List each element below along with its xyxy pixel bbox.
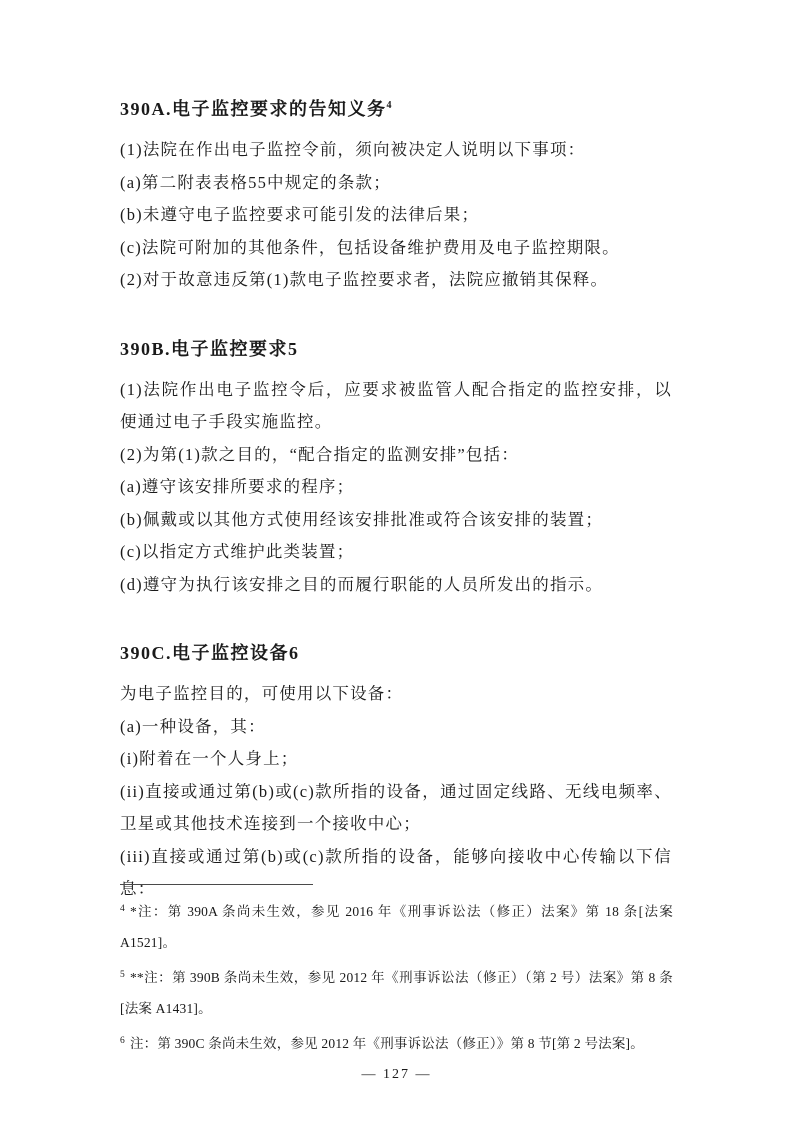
section-heading: 390C.电子监控设备6 <box>120 637 672 670</box>
statute-paragraph: (b)佩戴或以其他方式使用经该安排批准或符合该安排的装置； <box>120 504 672 537</box>
footnote-text: 注：第 390C 条尚未生效，参见 2012 年《刑事诉讼法（修正）》第 8 节… <box>130 1036 644 1051</box>
footnotes: 4*注：第 390A 条尚未生效，参见 2016 年《刑事诉讼法（修正）法案》第… <box>120 896 673 1059</box>
statute-paragraph: (i)附着在一个人身上； <box>120 743 672 776</box>
statute-paragraph: (1)法院在作出电子监控令前，须向被决定人说明以下事项： <box>120 134 672 167</box>
footnote-text: *注：第 390A 条尚未生效，参见 2016 年《刑事诉讼法（修正）法案》第 … <box>120 904 673 950</box>
statute-paragraph: (c)法院可附加的其他条件，包括设备维护费用及电子监控期限。 <box>120 232 672 265</box>
statute-paragraph: (c)以指定方式维护此类装置； <box>120 536 672 569</box>
heading-footnote-ref: 4 <box>387 100 392 111</box>
section-heading-text: 390B.电子监控要求5 <box>120 339 299 359</box>
footnote-separator <box>120 884 313 885</box>
statute-section-390b: 390B.电子监控要求5(1)法院作出电子监控令后，应要求被监管人配合指定的监控… <box>120 333 672 602</box>
section-heading-text: 390C.电子监控设备6 <box>120 643 300 663</box>
statute-section-390c: 390C.电子监控设备6为电子监控目的，可使用以下设备：(a)一种设备，其：(i… <box>120 637 672 906</box>
footnote-text: **注：第 390B 条尚未生效，参见 2012 年《刑事诉讼法（修正）（第 2… <box>120 970 673 1016</box>
statute-paragraph: 为电子监控目的，可使用以下设备： <box>120 678 672 711</box>
statute-paragraph: (2)对于故意违反第(1)款电子监控要求者，法院应撤销其保释。 <box>120 264 672 297</box>
section-heading: 390A.电子监控要求的告知义务4 <box>120 93 672 126</box>
footnote-marker: 4 <box>120 904 125 914</box>
page-footer: 4*注：第 390A 条尚未生效，参见 2016 年《刑事诉讼法（修正）法案》第… <box>120 884 673 1087</box>
statute-section-390a: 390A.电子监控要求的告知义务4(1)法院在作出电子监控令前，须向被决定人说明… <box>120 93 672 297</box>
statute-paragraph: (a)一种设备，其： <box>120 711 672 744</box>
statute-paragraph: (ii)直接或通过第(b)或(c)款所指的设备，通过固定线路、无线电频率、卫星或… <box>120 776 672 841</box>
section-heading-text: 390A.电子监控要求的告知义务 <box>120 99 387 119</box>
statute-paragraph: (b)未遵守电子监控要求可能引发的法律后果； <box>120 199 672 232</box>
statute-paragraph: (a)第二附表表格55中规定的条款； <box>120 167 672 200</box>
footnote-marker: 6 <box>120 1036 125 1046</box>
statute-sections: 390A.电子监控要求的告知义务4(1)法院在作出电子监控令前，须向被决定人说明… <box>120 93 672 906</box>
footnote-marker: 5 <box>120 970 125 980</box>
statute-paragraph: (d)遵守为执行该安排之目的而履行职能的人员所发出的指示。 <box>120 569 672 602</box>
statute-paragraph: (2)为第(1)款之目的，“配合指定的监测安排”包括： <box>120 439 672 472</box>
footnote: 6注：第 390C 条尚未生效，参见 2012 年《刑事诉讼法（修正）》第 8 … <box>120 1028 673 1059</box>
document-page: 390A.电子监控要求的告知义务4(1)法院在作出电子监控令前，须向被决定人说明… <box>0 0 793 1122</box>
footnote: 4*注：第 390A 条尚未生效，参见 2016 年《刑事诉讼法（修正）法案》第… <box>120 896 673 958</box>
page-number: — 127 — <box>120 1063 673 1087</box>
statute-paragraph: (a)遵守该安排所要求的程序； <box>120 471 672 504</box>
footnote: 5**注：第 390B 条尚未生效，参见 2012 年《刑事诉讼法（修正）（第 … <box>120 962 673 1024</box>
statute-paragraph: (1)法院作出电子监控令后，应要求被监管人配合指定的监控安排，以便通过电子手段实… <box>120 374 672 439</box>
section-heading: 390B.电子监控要求5 <box>120 333 672 366</box>
